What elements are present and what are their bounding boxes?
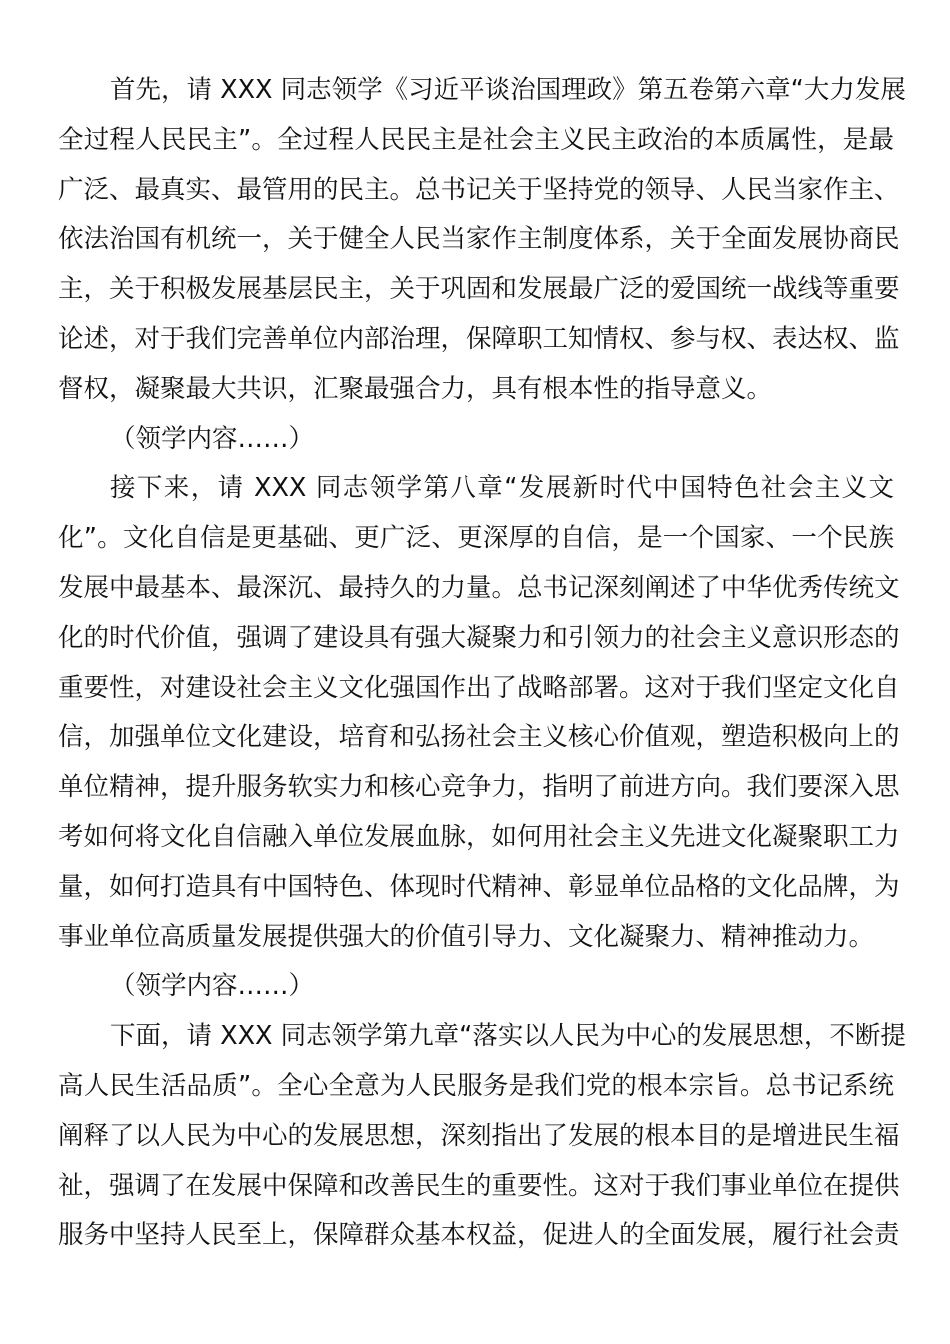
text-line: 信，加强单位文化建设，培育和弘扬社会主义核心价值观，塑造积极向上的 xyxy=(58,713,894,763)
text-line: 量，如何打造具有中国特色、体现时代精神、彰显单位品格的文化品牌，为 xyxy=(58,863,894,913)
text-line: （领学内容……） xyxy=(58,415,894,465)
text-line: 事业单位高质量发展提供强大的价值引导力、文化凝聚力、精神推动力。 xyxy=(58,913,894,963)
leading-study-note: （领学内容……） xyxy=(58,962,894,1012)
text-line: 化的时代价值，强调了建设具有强大凝聚力和引领力的社会主义意识形态的 xyxy=(58,614,894,664)
text-line: 发展中最基本、最深沉、最持久的力量。总书记深刻阐述了中华优秀传统文 xyxy=(58,564,894,614)
text-line: 下面，请 XXX 同志领学第九章“落实以人民为中心的发展思想，不断提 xyxy=(58,1012,894,1062)
text-line: 广泛、最真实、最管用的民主。总书记关于坚持党的领导、人民当家作主、 xyxy=(58,166,894,216)
text-line: 阐释了以人民为中心的发展思想，深刻指出了发展的根本目的是增进民生福 xyxy=(58,1112,894,1162)
text-line: 单位精神，提升服务软实力和核心竞争力，指明了前进方向。我们要深入思 xyxy=(58,763,894,813)
text-line: 高人民生活品质”。全心全意为人民服务是我们党的根本宗旨。总书记系统 xyxy=(58,1062,894,1112)
text-line: 考如何将文化自信融入单位发展血脉，如何用社会主义先进文化凝聚职工力 xyxy=(58,813,894,863)
paragraph-chapter-eight: 接下来，请 XXX 同志领学第八章“发展新时代中国特色社会主义文 化”。文化自信… xyxy=(58,464,894,962)
text-line: 依法治国有机统一，关于健全人民当家作主制度体系，关于全面发展协商民 xyxy=(58,215,894,265)
paragraph-chapter-six: 首先，请 XXX 同志领学《习近平谈治国理政》第五卷第六章“大力发展 全过程人民… xyxy=(58,66,894,415)
text-line: 主，关于积极发展基层民主，关于巩固和发展最广泛的爱国统一战线等重要 xyxy=(58,265,894,315)
text-line: 服务中坚持人民至上，保障群众基本权益，促进人的全面发展，履行社会责 xyxy=(58,1211,894,1261)
paragraph-chapter-nine: 下面，请 XXX 同志领学第九章“落实以人民为中心的发展思想，不断提 高人民生活… xyxy=(58,1012,894,1261)
text-line: 化”。文化自信是更基础、更广泛、更深厚的自信，是一个国家、一个民族 xyxy=(58,514,894,564)
text-line: 督权，凝聚最大共识，汇聚最强合力，具有根本性的指导意义。 xyxy=(58,365,894,415)
document-page: 首先，请 XXX 同志领学《习近平谈治国理政》第五卷第六章“大力发展 全过程人民… xyxy=(58,66,894,1261)
leading-study-note: （领学内容……） xyxy=(58,415,894,465)
text-line: 重要性，对建设社会主义文化强国作出了战略部署。这对于我们坚定文化自 xyxy=(58,664,894,714)
text-line: （领学内容……） xyxy=(58,962,894,1012)
text-line: 接下来，请 XXX 同志领学第八章“发展新时代中国特色社会主义文 xyxy=(58,464,894,514)
text-line: 祉，强调了在发展中保障和改善民生的重要性。这对于我们事业单位在提供 xyxy=(58,1162,894,1212)
text-line: 论述，对于我们完善单位内部治理，保障职工知情权、参与权、表达权、监 xyxy=(58,315,894,365)
text-line: 全过程人民民主”。全过程人民民主是社会主义民主政治的本质属性，是最 xyxy=(58,116,894,166)
text-line: 首先，请 XXX 同志领学《习近平谈治国理政》第五卷第六章“大力发展 xyxy=(58,66,894,116)
